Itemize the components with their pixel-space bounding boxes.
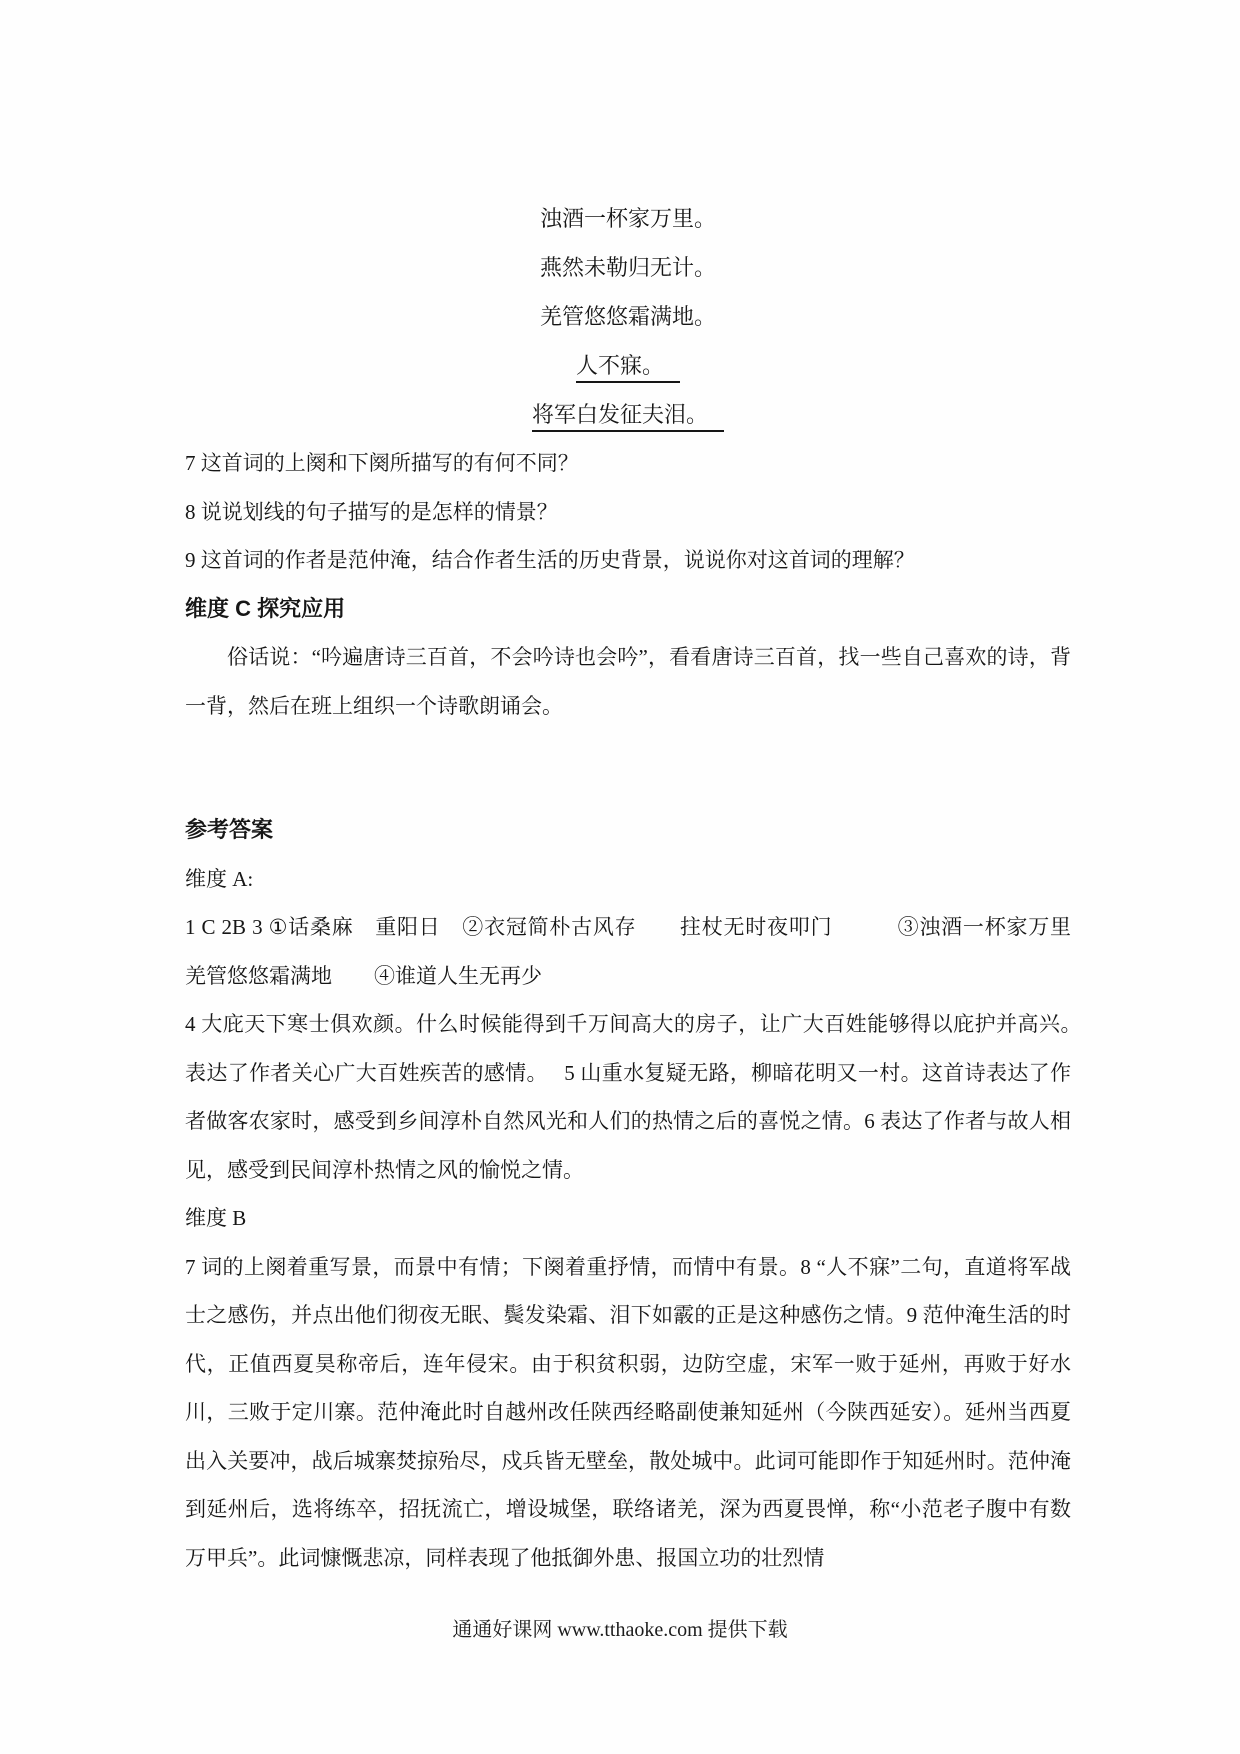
question-9: 9 这首词的作者是范仲淹，结合作者生活的历史背景，说说你对这首词的理解？ [185, 536, 1071, 585]
poem-line-2: 燕然未勒归无计。 [185, 243, 1071, 292]
dimension-b-label: 维度 B [185, 1194, 1071, 1243]
dimension-b-explanations: 7 词的上阕着重写景，而景中有情；下阕着重抒情，而情中有景。8 “人不寐”二句，… [185, 1243, 1071, 1583]
answers-heading: 参考答案 [185, 806, 1071, 855]
poem-line-4: 人不寐。 [185, 341, 1071, 390]
document-page: 浊酒一杯家万里。 燕然未勒归无计。 羌管悠悠霜满地。 人不寐。 将军白发征夫泪。… [0, 0, 1240, 1754]
poem-line-3: 羌管悠悠霜满地。 [185, 292, 1071, 341]
section-c-body: 俗话说：“吟遍唐诗三百首，不会吟诗也会吟”，看看唐诗三百首，找一些自己喜欢的诗，… [185, 633, 1071, 730]
poem-line-5: 将军白发征夫泪。 [185, 390, 1071, 439]
dimension-a-items: 1 C 2B 3 ①话桑麻 重阳日 ②衣冠简朴古风存 拄杖无时夜叩门 ③浊酒一杯… [185, 903, 1071, 1000]
dimension-a-label: 维度 A: [185, 855, 1071, 904]
question-8: 8 说说划线的句子描写的是怎样的情景？ [185, 488, 1071, 537]
poem-line-4-text: 人不寐。 [576, 351, 680, 383]
blank-gap [185, 730, 1071, 806]
document-body: 浊酒一杯家万里。 燕然未勒归无计。 羌管悠悠霜满地。 人不寐。 将军白发征夫泪。… [185, 194, 1071, 1582]
dimension-a-explanations: 4 大庇天下寒士俱欢颜。什么时候能得到千万间高大的房子，让广大百姓能够得以庇护并… [185, 1000, 1071, 1194]
poem-block: 浊酒一杯家万里。 燕然未勒归无计。 羌管悠悠霜满地。 人不寐。 将军白发征夫泪。 [185, 194, 1071, 439]
poem-line-3-text: 羌管悠悠霜满地。 [540, 304, 716, 329]
footer-watermark-text: 通通好课网 www.tthaoke.com 提供下载 [452, 1619, 787, 1641]
poem-line-1-text: 浊酒一杯家万里。 [540, 206, 716, 231]
poem-line-2-text: 燕然未勒归无计。 [540, 255, 716, 280]
question-7: 7 这首词的上阕和下阕所描写的有何不同？ [185, 439, 1071, 488]
poem-line-5-text: 将军白发征夫泪。 [532, 400, 724, 432]
poem-line-1: 浊酒一杯家万里。 [185, 194, 1071, 243]
page-footer: 通通好课网 www.tthaoke.com 提供下载 [0, 1612, 1240, 1648]
section-c-heading: 维度 C 探究应用 [185, 585, 1071, 634]
